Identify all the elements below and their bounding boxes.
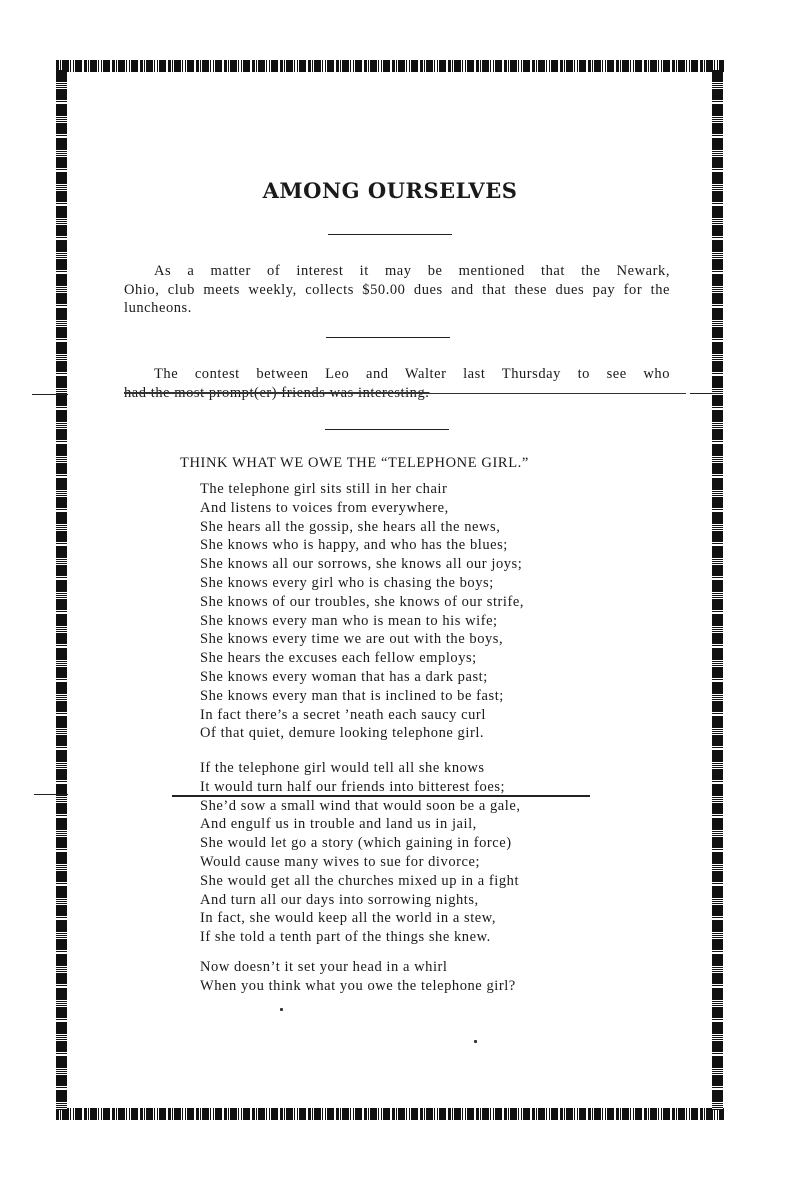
poem-line: When you think what you owe the telephon… <box>200 977 516 996</box>
poem-line: If the telephone girl would tell all she… <box>200 759 521 778</box>
poem-line: She’d sow a small wind that would soon b… <box>200 797 521 816</box>
poem-line: She knows every man that is inclined to … <box>200 687 524 706</box>
poem-line: In fact, she would keep all the world in… <box>200 909 521 928</box>
paragraph-first-line: The contest between Leo and Walter last … <box>124 365 670 384</box>
poem-title: THINK WHAT WE OWE THE “TELEPHONE GIRL.” <box>180 455 529 472</box>
poem-line: It would turn half our friends into bitt… <box>200 778 521 797</box>
poem-line: She would get all the churches mixed up … <box>200 872 521 891</box>
poem-line: She knows who is happy, and who has the … <box>200 536 524 555</box>
poem-line: She knows every time we are out with the… <box>200 630 524 649</box>
poem-line: She knows of our troubles, she knows of … <box>200 593 524 612</box>
poem-line: If she told a tenth part of the things s… <box>200 928 521 947</box>
poem-line: Of that quiet, demure looking telephone … <box>200 724 524 743</box>
poem-line: And listens to voices from everywhere, <box>200 499 524 518</box>
poem-line: She hears all the gossip, she hears all … <box>200 518 524 537</box>
poem-line: Would cause many wives to sue for divorc… <box>200 853 521 872</box>
section-divider <box>328 234 452 235</box>
poem-line: Now doesn’t it set your head in a whirl <box>200 958 516 977</box>
scan-mark <box>34 794 68 795</box>
poem-line: She knows every woman that has a dark pa… <box>200 668 524 687</box>
poem-line: The telephone girl sits still in her cha… <box>200 480 524 499</box>
decorative-border-bottom <box>56 1108 724 1120</box>
poem-stanza: If the telephone girl would tell all she… <box>200 759 521 947</box>
section-divider <box>326 337 450 338</box>
poem-line: She would let go a story (which gaining … <box>200 834 521 853</box>
poem-line: And engulf us in trouble and land us in … <box>200 815 521 834</box>
poem-line: She knows every man who is mean to his w… <box>200 612 524 631</box>
poem-line: In fact there’s a secret ’neath each sau… <box>200 706 524 725</box>
poem-line: And turn all our days into sorrowing nig… <box>200 891 521 910</box>
decorative-border-left <box>56 70 67 1110</box>
decorative-border-right <box>712 70 723 1110</box>
poem-stanza: The telephone girl sits still in her cha… <box>200 480 524 743</box>
paragraph-first-line: As a matter of interest it may be mentio… <box>124 262 670 281</box>
scan-speck <box>474 1040 477 1043</box>
poem-line: She hears the excuses each fellow employ… <box>200 649 524 668</box>
scan-mark <box>32 394 68 395</box>
scan-mark <box>690 393 720 394</box>
poem-line: She knows all our sorrows, she knows all… <box>200 555 524 574</box>
paragraph-rest: Ohio, club meets weekly, collects $50.00… <box>124 282 670 317</box>
decorative-border-top <box>56 60 724 72</box>
page-heading: AMONG OURSELVES <box>0 178 780 203</box>
paragraph-contest: The contest between Leo and Walter last … <box>124 365 670 402</box>
struck-through-line: had the most prompt(er) friends was inte… <box>124 384 670 403</box>
scan-speck <box>280 1008 283 1011</box>
poem-stanza: Now doesn’t it set your head in a whirlW… <box>200 958 516 996</box>
poem-line: She knows every girl who is chasing the … <box>200 574 524 593</box>
section-divider <box>325 429 449 430</box>
paragraph-newark-club: As a matter of interest it may be mentio… <box>124 262 670 318</box>
